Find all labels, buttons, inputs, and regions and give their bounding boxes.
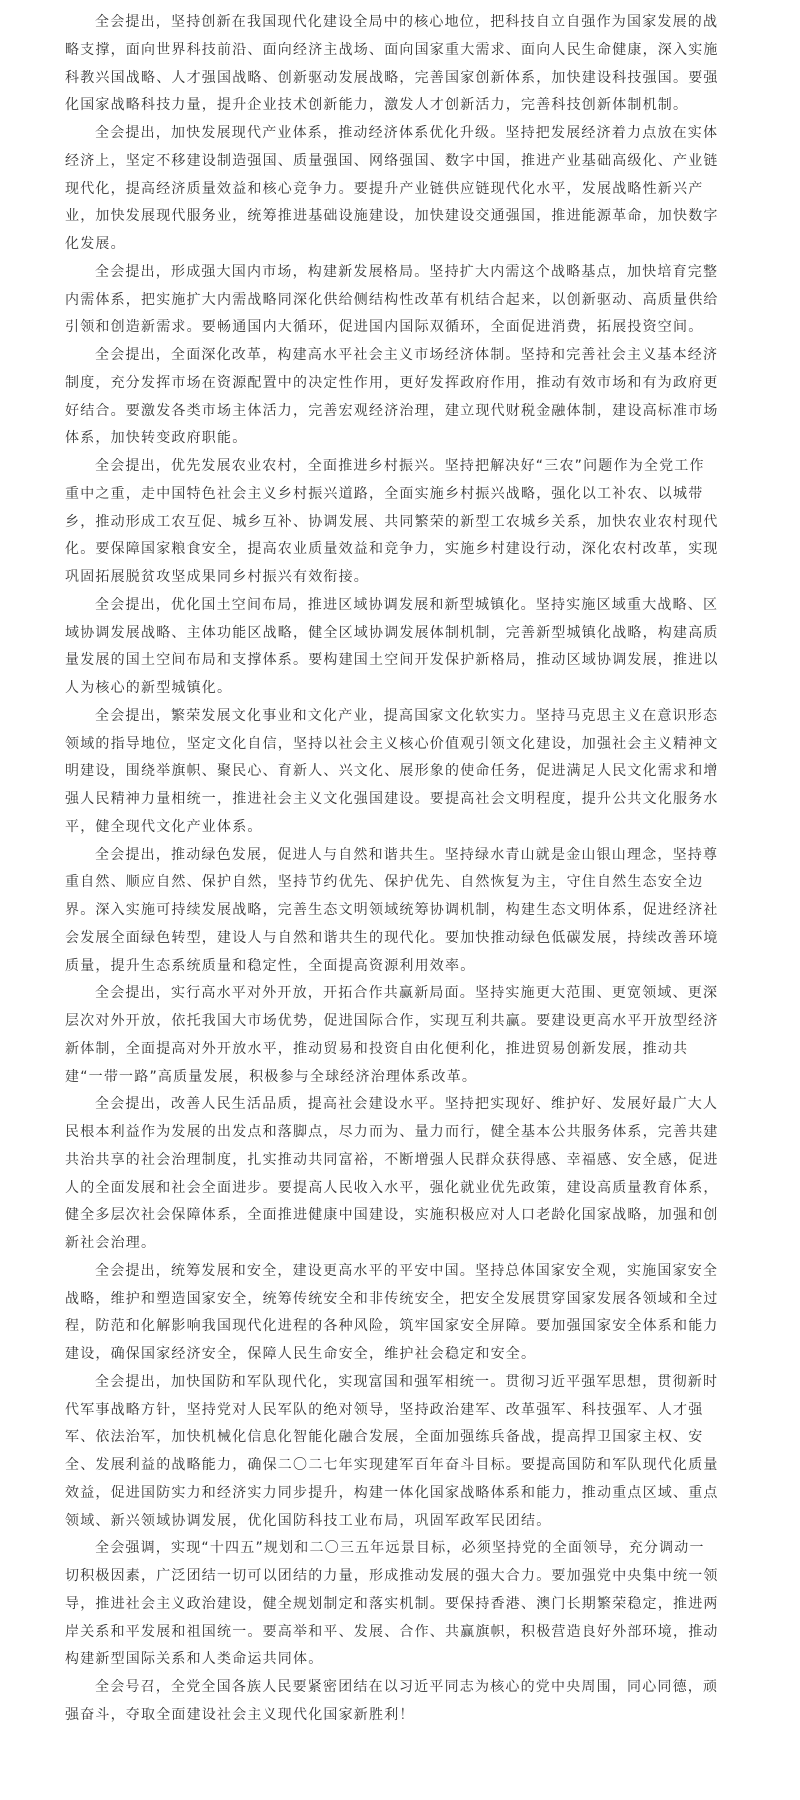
paragraph-line: 代军事战略方针，坚持党对人民军队的绝对领导，坚持政治建军、改革强军、科技强军、人… bbox=[65, 1397, 725, 1425]
paragraph: 全会号召，全党全国各族人民要紧密团结在以习近平同志为核心的党中央周围，同心同德，… bbox=[65, 1674, 725, 1730]
paragraph-line: 制度，充分发挥市场在资源配置中的决定性作用，更好发挥政府作用，推动有效市场和有为… bbox=[65, 370, 725, 398]
paragraph-line: 全会提出，推动绿色发展，促进人与自然和谐共生。坚持绿水青山就是金山银山理念，坚持… bbox=[65, 842, 725, 870]
paragraph-line: 战略，维护和塑造国家安全，统筹传统安全和非传统安全，把安全发展贯穿国家发展各领域… bbox=[65, 1286, 725, 1314]
paragraph-line: 切积极因素，广泛团结一切可以团结的力量，形成推动发展的强大合力。要加强党中央集中… bbox=[65, 1563, 725, 1591]
paragraph-line: 民根本利益作为发展的出发点和落脚点，尽力而为、量力而行，健全基本公共服务体系，完… bbox=[65, 1119, 725, 1147]
paragraph-line: 共治共享的社会治理制度，扎实推动共同富裕，不断增强人民群众获得感、幸福感、安全感… bbox=[65, 1147, 725, 1175]
paragraph-line: 全、发展利益的战略能力，确保二〇二七年实现建军百年奋斗目标。要提高国防和军队现代… bbox=[65, 1452, 725, 1480]
paragraph-line: 内需体系，把实施扩大内需战略同深化供给侧结构性改革有机结合起来，以创新驱动、高质… bbox=[65, 287, 725, 315]
paragraph-line: 导，推进社会主义政治建设，健全规划制定和落实机制。要保持香港、澳门长期繁荣稳定，… bbox=[65, 1591, 725, 1619]
paragraph: 全会提出，实行高水平对外开放，开拓合作共赢新局面。坚持实施更大范围、更宽领域、更… bbox=[65, 980, 725, 1091]
paragraph-line: 建设，确保国家经济安全，保障人民生命安全，维护社会稳定和安全。 bbox=[65, 1341, 725, 1369]
paragraph: 全会提出，优先发展农业农村，全面推进乡村振兴。坚持把解决好“三农”问题作为全党工… bbox=[65, 453, 725, 592]
paragraph-line: 全会号召，全党全国各族人民要紧密团结在以习近平同志为核心的党中央周围，同心同德，… bbox=[65, 1674, 725, 1702]
paragraph: 全会提出，推动绿色发展，促进人与自然和谐共生。坚持绿水青山就是金山银山理念，坚持… bbox=[65, 842, 725, 981]
paragraph-line: 全会强调，实现“十四五”规划和二〇三五年远景目标，必须坚持党的全面领导，充分调动… bbox=[65, 1535, 725, 1563]
paragraph-line: 界。深入实施可持续发展战略，完善生态文明领域统筹协调机制，构建生态文明体系，促进… bbox=[65, 897, 725, 925]
paragraph-line: 业，加快发展现代服务业，统筹推进基础设施建设，加快建设交通强国，推进能源革命，加… bbox=[65, 203, 725, 231]
paragraph-line: 人的全面发展和社会全面进步。要提高人民收入水平，强化就业优先政策，建设高质量教育… bbox=[65, 1175, 725, 1203]
article-body: 全会提出，坚持创新在我国现代化建设全局中的核心地位，把科技自立自强作为国家发展的… bbox=[65, 9, 725, 1730]
paragraph-line: 巩固拓展脱贫攻坚成果同乡村振兴有效衔接。 bbox=[65, 564, 725, 592]
paragraph-line: 岸关系和平发展和祖国统一。要高举和平、发展、合作、共赢旗帜，积极营造良好外部环境… bbox=[65, 1619, 725, 1647]
paragraph-line: 人为核心的新型城镇化。 bbox=[65, 675, 725, 703]
paragraph-line: 健全多层次社会保障体系，全面推进健康中国建设，实施积极应对人口老龄化国家战略，加… bbox=[65, 1202, 725, 1230]
paragraph-line: 全会提出，加快发展现代产业体系，推动经济体系优化升级。坚持把发展经济着力点放在实… bbox=[65, 120, 725, 148]
paragraph: 全会提出，统筹发展和安全，建设更高水平的平安中国。坚持总体国家安全观，实施国家安… bbox=[65, 1258, 725, 1369]
paragraph-line: 强人民精神力量相统一，推进社会主义文化强国建设。要提高社会文明程度，提升公共文化… bbox=[65, 786, 725, 814]
paragraph-line: 量发展的国土空间布局和支撑体系。要构建国土空间开发保护新格局，推动区域协调发展，… bbox=[65, 647, 725, 675]
paragraph: 全会提出，坚持创新在我国现代化建设全局中的核心地位，把科技自立自强作为国家发展的… bbox=[65, 9, 725, 120]
paragraph-line: 会发展全面绿色转型，建设人与自然和谐共生的现代化。要加快推动绿色低碳发展，持续改… bbox=[65, 925, 725, 953]
paragraph: 全会强调，实现“十四五”规划和二〇三五年远景目标，必须坚持党的全面领导，充分调动… bbox=[65, 1535, 725, 1674]
paragraph-line: 平，健全现代文化产业体系。 bbox=[65, 814, 725, 842]
paragraph-line: 新社会治理。 bbox=[65, 1230, 725, 1258]
paragraph-line: 明建设，围绕举旗帜、聚民心、育新人、兴文化、展形象的使命任务，促进满足人民文化需… bbox=[65, 758, 725, 786]
paragraph-line: 层次对外开放，依托我国大市场优势，促进国际合作，实现互利共赢。要建设更高水平开放… bbox=[65, 1008, 725, 1036]
paragraph-line: 化发展。 bbox=[65, 231, 725, 259]
paragraph-line: 全会提出，繁荣发展文化事业和文化产业，提高国家文化软实力。坚持马克思主义在意识形… bbox=[65, 703, 725, 731]
paragraph-line: 化。要保障国家粮食安全，提高农业质量效益和竞争力，实施乡村建设行动，深化农村改革… bbox=[65, 536, 725, 564]
paragraph-line: 全会提出，改善人民生活品质，提高社会建设水平。坚持把实现好、维护好、发展好最广大… bbox=[65, 1091, 725, 1119]
paragraph-line: 构建新型国际关系和人类命运共同体。 bbox=[65, 1646, 725, 1674]
paragraph-line: 质量，提升生态系统质量和稳定性，全面提高资源利用效率。 bbox=[65, 953, 725, 981]
paragraph-line: 效益，促进国防实力和经济实力同步提升，构建一体化国家战略体系和能力，推动重点区域… bbox=[65, 1480, 725, 1508]
paragraph-line: 新体制，全面提高对外开放水平，推动贸易和投资自由化便利化，推进贸易创新发展，推动… bbox=[65, 1036, 725, 1064]
paragraph: 全会提出，优化国土空间布局，推进区域协调发展和新型城镇化。坚持实施区域重大战略、… bbox=[65, 592, 725, 703]
paragraph-line: 科教兴国战略、人才强国战略、创新驱动发展战略，完善国家创新体系，加快建设科技强国… bbox=[65, 65, 725, 93]
paragraph-line: 程，防范和化解影响我国现代化进程的各种风险，筑牢国家安全屏障。要加强国家安全体系… bbox=[65, 1313, 725, 1341]
paragraph-line: 全会提出，全面深化改革，构建高水平社会主义市场经济体制。坚持和完善社会主义基本经… bbox=[65, 342, 725, 370]
paragraph-line: 现代化，提高经济质量效益和核心竞争力。要提升产业链供应链现代化水平，发展战略性新… bbox=[65, 176, 725, 204]
paragraph-line: 好结合。要激发各类市场主体活力，完善宏观经济治理，建立现代财税金融体制，建设高标… bbox=[65, 398, 725, 426]
paragraph: 全会提出，改善人民生活品质，提高社会建设水平。坚持把实现好、维护好、发展好最广大… bbox=[65, 1091, 725, 1258]
paragraph-line: 建“一带一路”高质量发展，积极参与全球经济治理体系改革。 bbox=[65, 1064, 725, 1092]
paragraph-line: 域协调发展战略、主体功能区战略，健全区域协调发展体制机制，完善新型城镇化战略，构… bbox=[65, 620, 725, 648]
paragraph-line: 全会提出，统筹发展和安全，建设更高水平的平安中国。坚持总体国家安全观，实施国家安… bbox=[65, 1258, 725, 1286]
paragraph: 全会提出，加快发展现代产业体系，推动经济体系优化升级。坚持把发展经济着力点放在实… bbox=[65, 120, 725, 259]
paragraph-line: 强奋斗，夺取全面建设社会主义现代化国家新胜利！ bbox=[65, 1702, 725, 1730]
paragraph-line: 全会提出，优先发展农业农村，全面推进乡村振兴。坚持把解决好“三农”问题作为全党工… bbox=[65, 453, 725, 481]
paragraph-line: 领域、新兴领域协调发展，优化国防科技工业布局，巩固军政军民团结。 bbox=[65, 1508, 725, 1536]
paragraph-line: 乡，推动形成工农互促、城乡互补、协调发展、共同繁荣的新型工农城乡关系，加快农业农… bbox=[65, 509, 725, 537]
paragraph-line: 经济上，坚定不移建设制造强国、质量强国、网络强国、数字中国，推进产业基础高级化、… bbox=[65, 148, 725, 176]
paragraph-line: 化国家战略科技力量，提升企业技术创新能力，激发人才创新活力，完善科技创新体制机制… bbox=[65, 92, 725, 120]
paragraph: 全会提出，形成强大国内市场，构建新发展格局。坚持扩大内需这个战略基点，加快培育完… bbox=[65, 259, 725, 342]
paragraph: 全会提出，繁荣发展文化事业和文化产业，提高国家文化软实力。坚持马克思主义在意识形… bbox=[65, 703, 725, 842]
paragraph-line: 体系，加快转变政府职能。 bbox=[65, 425, 725, 453]
paragraph-line: 重中之重，走中国特色社会主义乡村振兴道路，全面实施乡村振兴战略，强化以工补农、以… bbox=[65, 481, 725, 509]
paragraph-line: 全会提出，实行高水平对外开放，开拓合作共赢新局面。坚持实施更大范围、更宽领域、更… bbox=[65, 980, 725, 1008]
paragraph: 全会提出，加快国防和军队现代化，实现富国和强军相统一。贯彻习近平强军思想，贯彻新… bbox=[65, 1369, 725, 1536]
paragraph-line: 全会提出，加快国防和军队现代化，实现富国和强军相统一。贯彻习近平强军思想，贯彻新… bbox=[65, 1369, 725, 1397]
paragraph-line: 全会提出，坚持创新在我国现代化建设全局中的核心地位，把科技自立自强作为国家发展的… bbox=[65, 9, 725, 37]
paragraph-line: 略支撑，面向世界科技前沿、面向经济主战场、面向国家重大需求、面向人民生命健康，深… bbox=[65, 37, 725, 65]
paragraph-line: 全会提出，形成强大国内市场，构建新发展格局。坚持扩大内需这个战略基点，加快培育完… bbox=[65, 259, 725, 287]
paragraph: 全会提出，全面深化改革，构建高水平社会主义市场经济体制。坚持和完善社会主义基本经… bbox=[65, 342, 725, 453]
paragraph-line: 重自然、顺应自然、保护自然，坚持节约优先、保护优先、自然恢复为主，守住自然生态安… bbox=[65, 869, 725, 897]
paragraph-line: 引领和创造新需求。要畅通国内大循环，促进国内国际双循环，全面促进消费，拓展投资空… bbox=[65, 314, 725, 342]
paragraph-line: 全会提出，优化国土空间布局，推进区域协调发展和新型城镇化。坚持实施区域重大战略、… bbox=[65, 592, 725, 620]
paragraph-line: 领域的指导地位，坚定文化自信，坚持以社会主义核心价值观引领文化建设，加强社会主义… bbox=[65, 731, 725, 759]
paragraph-line: 军、依法治军，加快机械化信息化智能化融合发展，全面加强练兵备战，提高捍卫国家主权… bbox=[65, 1424, 725, 1452]
